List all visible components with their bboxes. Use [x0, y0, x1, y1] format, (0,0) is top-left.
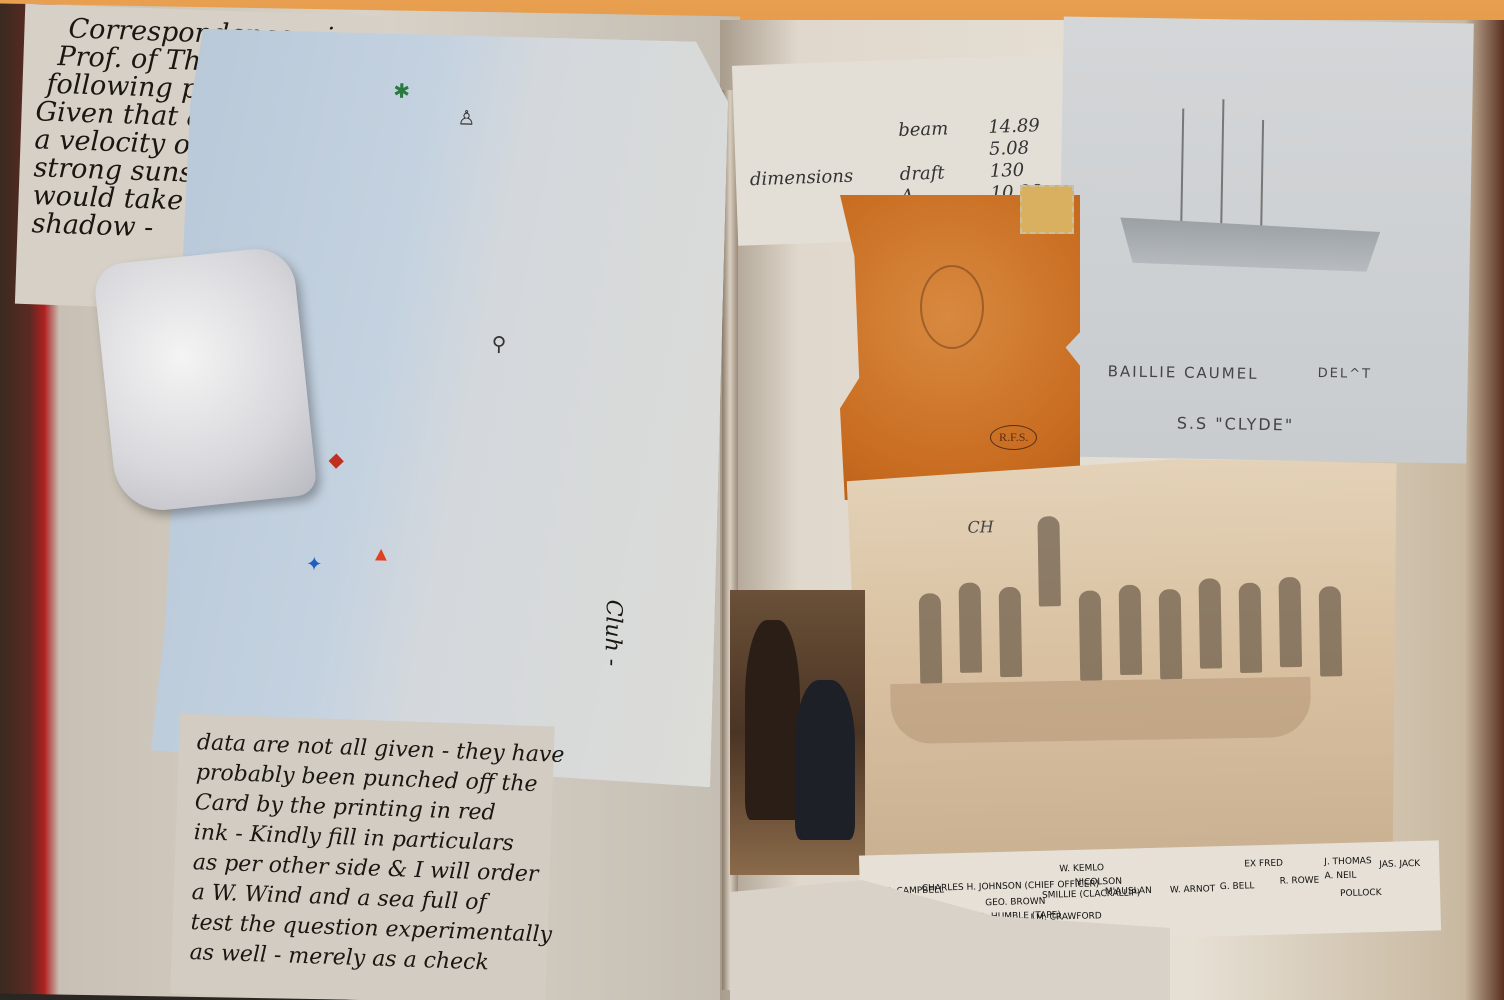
caption-name: J. THOMAS [1324, 856, 1372, 867]
portrait-sketch: R.F.S. [840, 195, 1080, 500]
caption-name: R. ROWE [1280, 876, 1320, 887]
person [919, 593, 943, 683]
mast [1180, 109, 1184, 229]
caption-name: W. KEMLO [1059, 863, 1104, 874]
caption-name: A. NEIL [1324, 871, 1356, 882]
figure-diver-icon: ⚲ [491, 331, 506, 356]
person [1278, 577, 1302, 667]
mast [1220, 99, 1224, 229]
seated-sailor [795, 680, 855, 840]
caption-name: EX FRED [1244, 859, 1283, 870]
person [1319, 586, 1343, 676]
caption-name: POLLOCK [1340, 888, 1382, 899]
person [1239, 583, 1263, 673]
figure-red-icon: ◆ [328, 447, 344, 472]
person [1079, 590, 1103, 680]
ship-sketch: BAILLIE CAUMEL DEL^T S.S "CLYDE" [1056, 16, 1474, 463]
person [1037, 516, 1061, 606]
person [999, 587, 1023, 677]
person [959, 583, 983, 673]
photo-annotation: CH [967, 517, 994, 536]
person [1199, 578, 1223, 668]
figure-green-icon: ✱ [393, 79, 410, 104]
delt-mark: DEL^T [1318, 366, 1373, 382]
mast [1260, 120, 1264, 230]
boat-deck [890, 677, 1311, 744]
sketched-face [920, 265, 984, 349]
person [1119, 585, 1143, 675]
ship-title: S.S "CLYDE" [1177, 413, 1295, 434]
ship-hull [1119, 217, 1380, 272]
person [1159, 589, 1183, 679]
group-photograph: CH [846, 455, 1403, 875]
monogram: R.F.S. [990, 425, 1037, 450]
caption-name: G. BELL [1220, 881, 1255, 892]
caption-name: JAS. JACK [1379, 859, 1420, 870]
figure-climber-icon: ♙ [457, 105, 476, 130]
caption-name: M'AUSLAN [1105, 886, 1152, 897]
sailor-photograph [730, 590, 865, 875]
caption-name: W. ARNOT [1170, 884, 1216, 895]
cannon-flame-icon: ▲ [371, 543, 391, 567]
caption-name: GEO. BROWN [985, 897, 1045, 909]
postage-stamp [1020, 185, 1074, 234]
man-in-bowler-hat [745, 620, 800, 820]
artist-name: BAILLIE CAUMEL [1108, 362, 1259, 383]
drawing-margin-text: Cluh - [600, 599, 627, 666]
folded-tissue-paper [92, 245, 317, 515]
handwritten-letter-bottom: data are not all given - they have proba… [170, 714, 555, 1000]
figure-blue-icon: ✦ [306, 552, 323, 577]
